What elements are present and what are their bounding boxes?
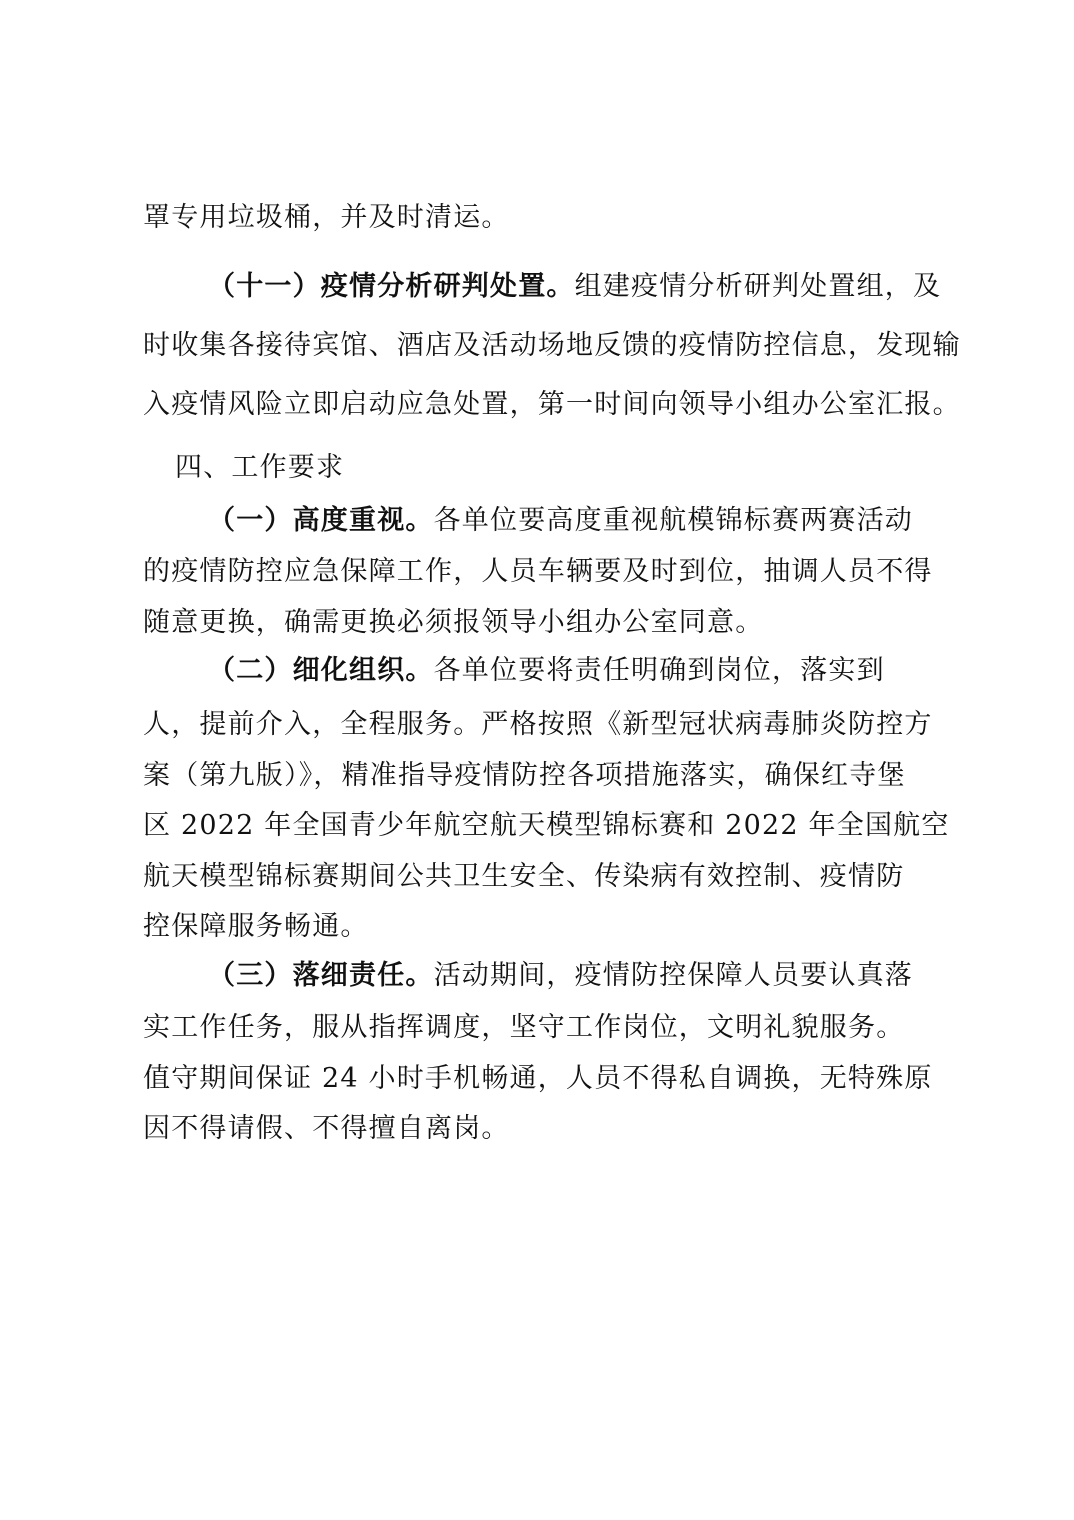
paragraph-text: 各单位要将责任明确到岗位，落实到 (434, 655, 885, 686)
paragraph-line: 控保障服务畅通。 (143, 910, 369, 944)
item-2-first-line: （二）细化组织。各单位要将责任明确到岗位，落实到 (208, 654, 885, 688)
paragraph-text: 案（第九版）》，精准指导疫情防控各项措施落实，确保红寺堡 (143, 760, 906, 791)
paragraph-text: 因不得请假、不得擅自离岗。 (143, 1113, 510, 1144)
paragraph-text: 值守期间保证 24 小时手机畅通，人员不得私自调换，无特殊原 (143, 1063, 933, 1094)
item-1-title: （一）高度重视。 (208, 505, 434, 536)
paragraph-line: 值守期间保证 24 小时手机畅通，人员不得私自调换，无特殊原 (143, 1062, 933, 1096)
paragraph-text: 活动期间，疫情防控保障人员要认真落 (434, 960, 913, 991)
item-11-title: （十一）疫情分析研判处置。 (208, 271, 575, 302)
paragraph-line: 时收集各接待宾馆、酒店及活动场地反馈的疫情防控信息，发现输 (143, 329, 961, 363)
paragraph-line: 案（第九版）》，精准指导疫情防控各项措施落实，确保红寺堡 (143, 759, 906, 793)
item-2-title: （二）细化组织。 (208, 655, 434, 686)
paragraph-line: 罩专用垃圾桶，并及时清运。 (143, 201, 510, 235)
paragraph-text: 控保障服务畅通。 (143, 911, 369, 942)
paragraph-text: 组建疫情分析研判处置组，及 (575, 271, 942, 302)
item-11-first-line: （十一）疫情分析研判处置。组建疫情分析研判处置组，及 (208, 270, 941, 304)
document-page: 罩专用垃圾桶，并及时清运。 （十一）疫情分析研判处置。组建疫情分析研判处置组，及… (0, 0, 1074, 1520)
paragraph-text: 罩专用垃圾桶，并及时清运。 (143, 202, 510, 233)
paragraph-text: 航天模型锦标赛期间公共卫生安全、传染病有效控制、疫情防 (143, 861, 904, 892)
item-1-first-line: （一）高度重视。各单位要高度重视航模锦标赛两赛活动 (208, 504, 913, 538)
paragraph-line: 人，提前介入，全程服务。严格按照《新型冠状病毒肺炎防控方 (143, 708, 933, 742)
paragraph-text: 入疫情风险立即启动应急处置，第一时间向领导小组办公室汇报。 (143, 389, 961, 420)
paragraph-line: 因不得请假、不得擅自离岗。 (143, 1112, 510, 1146)
paragraph-line: 入疫情风险立即启动应急处置，第一时间向领导小组办公室汇报。 (143, 388, 961, 422)
paragraph-text: 随意更换，确需更换必须报领导小组办公室同意。 (143, 607, 763, 638)
paragraph-line: 区 2022 年全国青少年航空航天模型锦标赛和 2022 年全国航空 (143, 809, 950, 843)
section-4-heading: 四、工作要求 (175, 452, 344, 483)
paragraph-line: 的疫情防控应急保障工作，人员车辆要及时到位，抽调人员不得 (143, 555, 933, 589)
paragraph-text: 区 2022 年全国青少年航空航天模型锦标赛和 2022 年全国航空 (143, 810, 950, 841)
paragraph-text: 的疫情防控应急保障工作，人员车辆要及时到位，抽调人员不得 (143, 556, 933, 587)
paragraph-text: 人，提前介入，全程服务。严格按照《新型冠状病毒肺炎防控方 (143, 709, 933, 740)
paragraph-text: 各单位要高度重视航模锦标赛两赛活动 (434, 505, 913, 536)
item-3-title: （三）落细责任。 (208, 960, 434, 991)
paragraph-line: 航天模型锦标赛期间公共卫生安全、传染病有效控制、疫情防 (143, 860, 904, 894)
paragraph-text: 实工作任务，服从指挥调度，坚守工作岗位，文明礼貌服务。 (143, 1012, 904, 1043)
section-heading: 四、工作要求 (175, 451, 344, 485)
paragraph-line: 实工作任务，服从指挥调度，坚守工作岗位，文明礼貌服务。 (143, 1011, 904, 1045)
paragraph-line: 随意更换，确需更换必须报领导小组办公室同意。 (143, 606, 763, 640)
paragraph-text: 时收集各接待宾馆、酒店及活动场地反馈的疫情防控信息，发现输 (143, 330, 961, 361)
item-3-first-line: （三）落细责任。活动期间，疫情防控保障人员要认真落 (208, 959, 913, 993)
